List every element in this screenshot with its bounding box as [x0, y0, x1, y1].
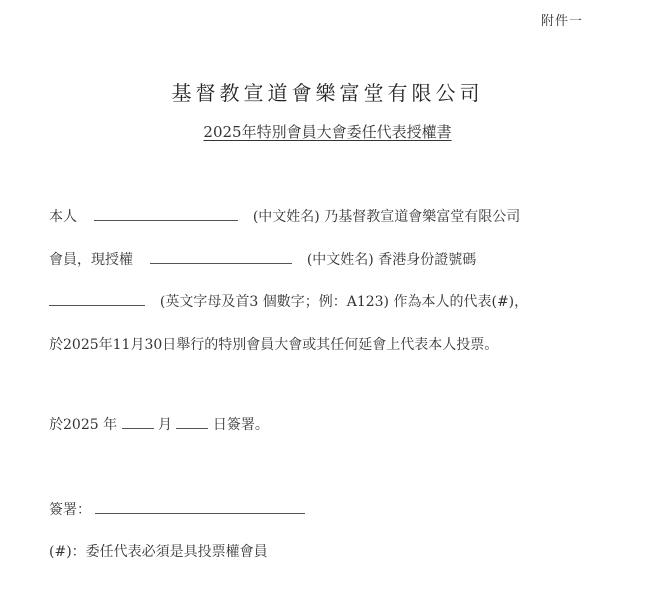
proxy-name-field[interactable]: [150, 251, 292, 264]
annex-label: 附件一: [541, 10, 583, 29]
signature-field[interactable]: [95, 501, 305, 514]
line3-hint: (英文字母及首3 個數字；例：A123): [160, 294, 389, 310]
date-line: 於2025 年 月 日簽署。: [49, 414, 269, 434]
month-field[interactable]: [122, 416, 154, 429]
line2-hint: (中文姓名): [307, 252, 374, 268]
member-name-field[interactable]: [94, 208, 238, 221]
line1-prefix: 本人: [49, 209, 77, 225]
signature-line: 簽署：: [49, 499, 305, 519]
line2-prefix: 會員，現授權: [49, 252, 133, 268]
line2-suffix: 香港身份證號碼: [378, 252, 476, 268]
paragraph-line-4: 於2025年11月30日舉行的特別會員大會或其任何延會上代表本人投票。: [49, 334, 498, 354]
document-subtitle: 2025年特別會員大會委任代表授權書: [0, 121, 655, 142]
document-title: 基督教宣道會樂富堂有限公司: [0, 77, 655, 106]
line1-hint: (中文姓名): [253, 209, 320, 225]
signature-label: 簽署：: [49, 502, 91, 518]
subtitle-text: 2025年特別會員大會委任代表授權書: [203, 123, 451, 141]
proxy-id-field[interactable]: [49, 293, 145, 306]
date-prefix: 於2025 年: [49, 417, 117, 433]
paragraph-line-3: (英文字母及首3 個數字；例：A123) 作為本人的代表(#)，: [49, 291, 528, 311]
month-label: 月: [158, 417, 172, 433]
day-field[interactable]: [176, 416, 208, 429]
line1-suffix: 乃基督教宣道會樂富堂有限公司: [324, 209, 520, 225]
footnote: (#)：委任代表必須是具投票權會員: [49, 541, 268, 561]
line3-suffix: 作為本人的代表(#)，: [393, 294, 528, 310]
day-label: 日簽署。: [213, 417, 269, 433]
paragraph-line-1: 本人 (中文姓名) 乃基督教宣道會樂富堂有限公司: [49, 206, 520, 226]
paragraph-line-2: 會員，現授權 (中文姓名) 香港身份證號碼: [49, 249, 476, 269]
